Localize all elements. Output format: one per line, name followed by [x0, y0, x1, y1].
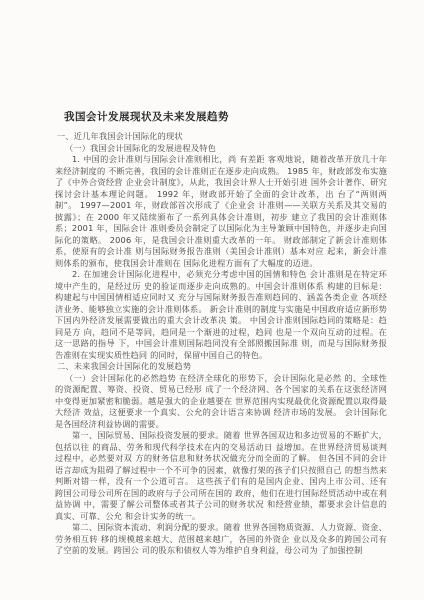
document-page: 我国会计发展现状及未来发展趋势 一、近几年我国会计国际化的现状 （一）我国会计国… — [0, 0, 424, 600]
paragraph-first-point: 第一、国际贸易、国际投资发展的要求。随着 世界各国双边和多边贸易的不断扩大，包括… — [55, 430, 387, 522]
paragraph-trend: （一）会计国际化的必然趋势 在经济全球化的形势下，会计国际化是必然 的、全球性的… — [55, 373, 387, 431]
section-heading-2: 二、未来我国会计国际化的发展趋势 — [55, 361, 387, 373]
document-content: 我国会计发展现状及未来发展趋势 一、近几年我国会计国际化的现状 （一）我国会计国… — [55, 109, 387, 557]
sub-heading-1-1: （一）我国会计国际化的发展进程及特色 — [55, 143, 387, 155]
document-title: 我国会计发展现状及未来发展趋势 — [64, 109, 387, 124]
paragraph-point-1: 1. 中国的会计准则与国际会计准则相比，尚 有差距 客观地说，随着改革开放几十年… — [55, 154, 387, 269]
paragraph-point-2: 2. 在加速会计国际化进程中，必须充分考虑中国的国情和特色 会计准则是在特定环境… — [55, 269, 387, 361]
section-heading-1: 一、近几年我国会计国际化的现状 — [55, 131, 387, 143]
paragraph-second-point: 第二、国际资本流动、利润分配的要求。随着 世界各国物质资源、人力资源、资金、劳务… — [55, 522, 387, 557]
